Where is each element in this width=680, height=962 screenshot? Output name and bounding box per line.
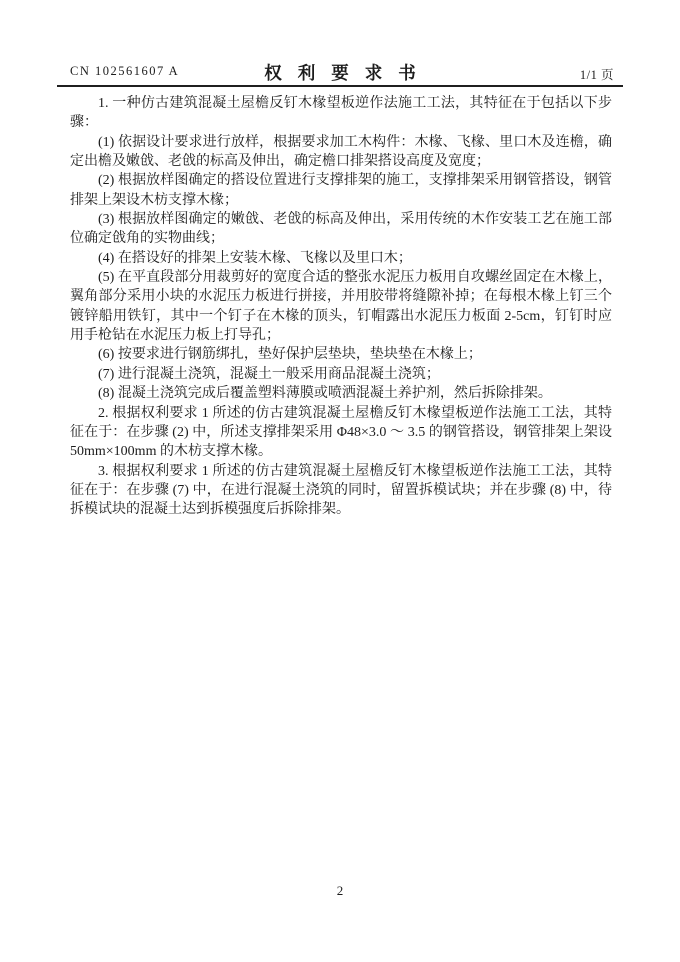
claim-paragraph: (7) 进行混凝土浇筑，混凝土一般采用商品混凝土浇筑； [70,365,612,384]
claim-paragraph: (3) 根据放样图确定的嫩戗、老戗的标高及伸出，采用传统的木作安装工艺在施工部位… [70,210,612,249]
page-header: CN 102561607 A 权利要求书 1/1 页 [56,60,624,84]
page-title: 权利要求书 [248,60,432,85]
claim-paragraph: (6) 按要求进行钢筋绑扎，垫好保护层垫块，垫块垫在木椽上； [70,345,612,364]
claim-paragraph: 2. 根据权利要求 1 所述的仿古建筑混凝土屋檐反钉木椽望板逆作法施工工法，其特… [70,404,612,462]
document-number: CN 102561607 A [70,64,179,79]
claim-paragraph: (5) 在平直段部分用裁剪好的宽度合适的整张水泥压力板用自攻螺丝固定在木椽上，翼… [70,268,612,345]
header-divider [57,85,623,87]
claim-paragraph: (1) 依据设计要求进行放样，根据要求加工木构件：木椽、飞椽、里口木及连檐，确定… [70,133,612,172]
claim-paragraph: (8) 混凝土浇筑完成后覆盖塑料薄膜或喷洒混凝土养护剂，然后拆除排架。 [70,384,612,403]
claims-body: 1. 一种仿古建筑混凝土屋檐反钉木椽望板逆作法施工工法，其特征在于包括以下步骤：… [70,94,612,520]
claim-paragraph: 1. 一种仿古建筑混凝土屋檐反钉木椽望板逆作法施工工法，其特征在于包括以下步骤： [70,94,612,133]
page-number: 2 [0,883,680,899]
claim-paragraph: (2) 根据放样图确定的搭设位置进行支撑排架的施工，支撑排架采用钢管搭设，钢管排… [70,171,612,210]
claim-paragraph: 3. 根据权利要求 1 所述的仿古建筑混凝土屋檐反钉木椽望板逆作法施工工法，其特… [70,462,612,520]
patent-claims-page: CN 102561607 A 权利要求书 1/1 页 1. 一种仿古建筑混凝土屋… [0,0,680,962]
claim-paragraph: (4) 在搭设好的排架上安装木椽、飞椽以及里口木； [70,249,612,268]
page-indicator: 1/1 页 [580,65,614,83]
